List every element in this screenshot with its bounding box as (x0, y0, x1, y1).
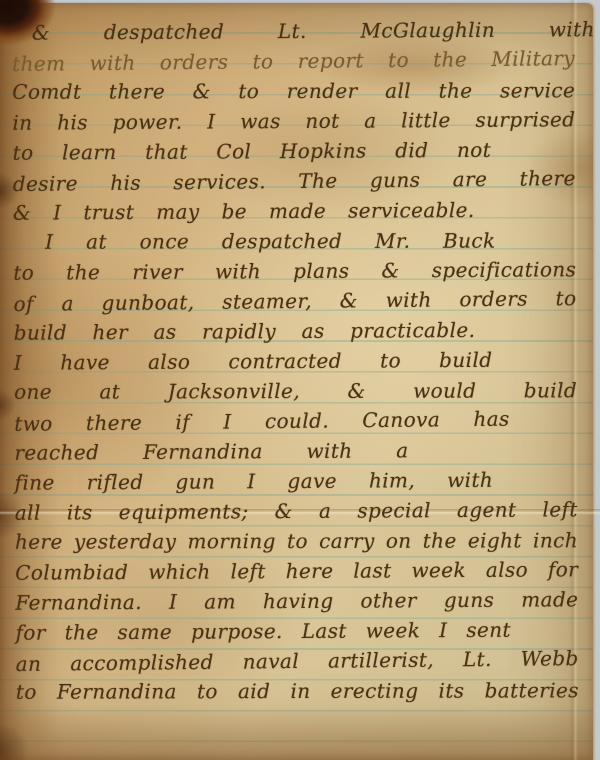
handwriting-line: all its equipments; & a special agent le… (15, 494, 578, 527)
handwriting-line: & I trust may be made serviceable. (13, 195, 475, 228)
handwriting-line: I at once despatched Mr. Buck (45, 226, 495, 257)
handwriting-line: fine rifled gun I gave him, with (15, 465, 494, 498)
handwriting-line: Comdt there & to render all the service (12, 75, 575, 106)
scanned-letter-screenshot: { "document": { "kind": "handwritten let… (0, 0, 600, 760)
handwriting-line: desire his services. The guns are there (13, 163, 576, 199)
handwriting-line: them with orders to report to the Milita… (12, 43, 575, 79)
handwriting-line: to Fernandina to aid in erecting its bat… (16, 675, 579, 706)
handwriting-line: for the same purpose. Last week I sent (15, 615, 511, 648)
handwriting-line: build her as rapidly as practicable. (14, 315, 476, 348)
handwriting-line: to learn that Col Hopkins did not (13, 135, 492, 168)
handwriting-line: I have also contracted to build (14, 345, 493, 378)
handwriting-line: here yesterday morning to carry on the e… (15, 525, 578, 556)
handwritten-text-block: & despatched Lt. McGlaughlin with them w… (0, 1, 595, 760)
handwriting-line: an accomplished naval artillerist, Lt. W… (16, 643, 579, 679)
handwriting-line: Columbiad which left here last week also… (15, 554, 578, 587)
handwriting-line: of a gunboat, steamer, & with orders to (13, 283, 576, 319)
handwriting-line: Fernandina. I am having other guns made (15, 584, 578, 617)
handwriting-line: reached Fernandina with a (14, 435, 408, 467)
handwriting-line: in his power. I was not a little surpris… (12, 104, 575, 137)
handwriting-line: & despatched Lt. McGlaughlin with (32, 14, 595, 47)
handwriting-line: to the river with plans & specifications (13, 254, 576, 287)
handwriting-line: one at Jacksonville, & would build (14, 375, 577, 406)
handwriting-line: two there if I could. Canova has (14, 404, 510, 439)
